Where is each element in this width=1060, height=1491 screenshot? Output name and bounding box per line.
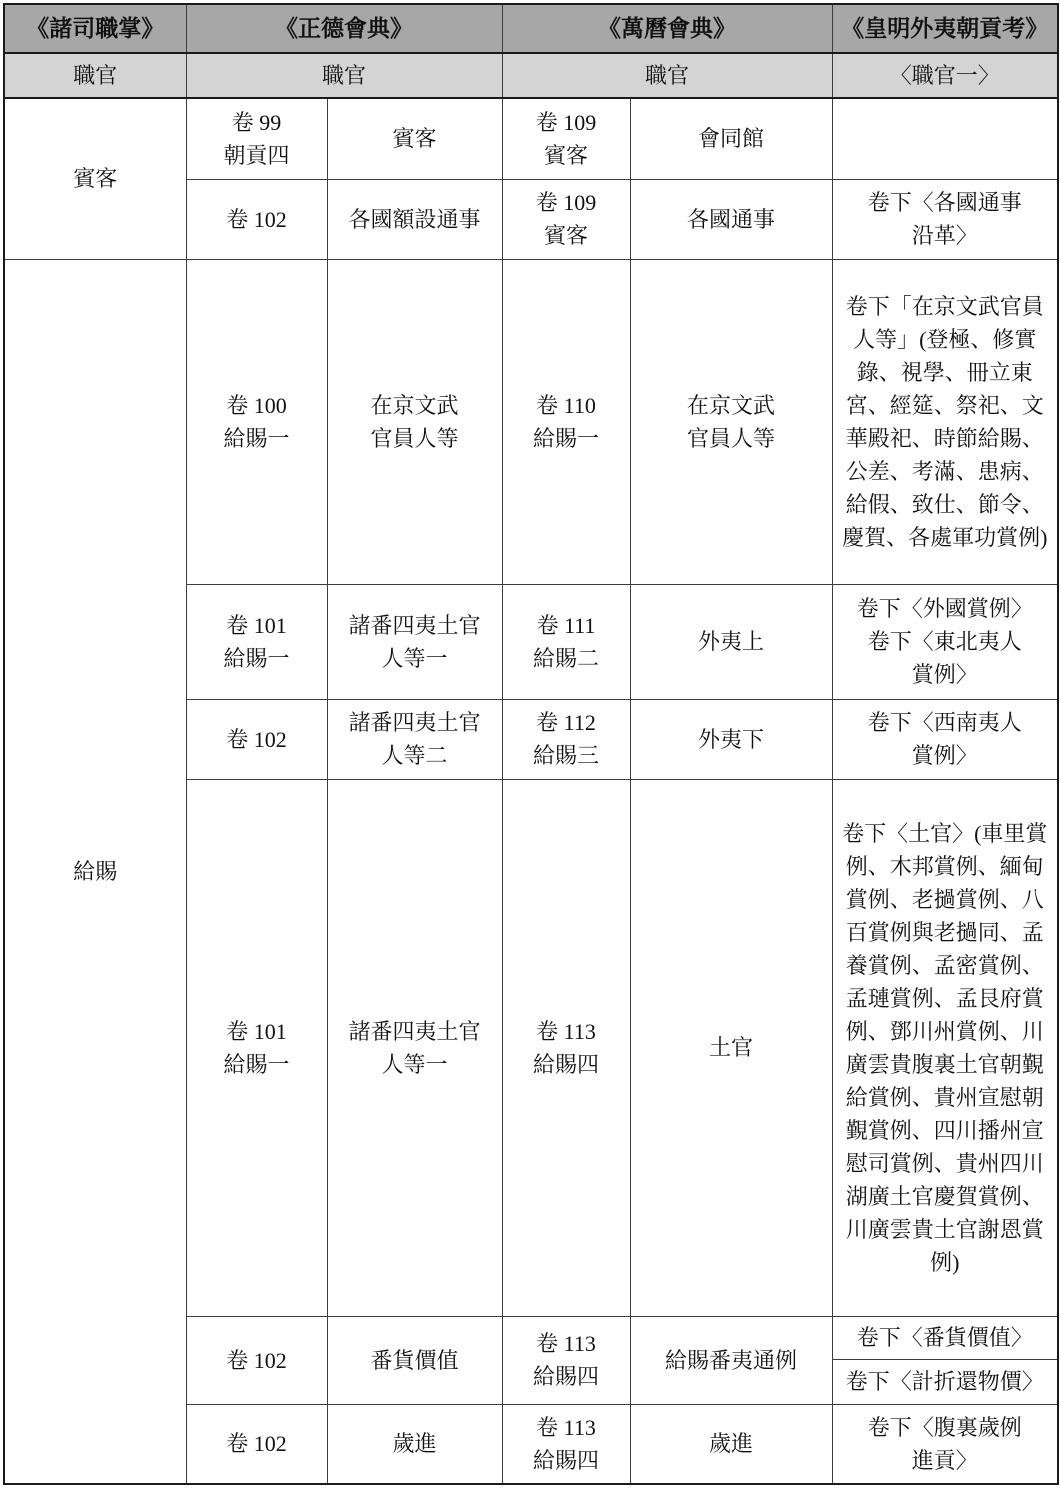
- subheader-zhusi: 職官: [4, 53, 186, 98]
- header-huangming-waiyi: 《皇明外夷朝貢考》: [832, 4, 1058, 53]
- cell-r2-zhengde-item: 各國額設通事: [327, 179, 502, 259]
- cell-r2-wanli-juan: 卷 109 賓客: [502, 179, 630, 259]
- row-jici-1: 給賜 卷 100 給賜一 在京文武 官員人等 卷 110 給賜一 在京文武 官員…: [4, 259, 1058, 584]
- cell-r5-huangming: 卷下〈西南夷人 賞例〉: [832, 699, 1058, 779]
- cell-r3-wanli-item: 在京文武 官員人等: [630, 259, 832, 584]
- cell-r6-zhengde-item: 諸番四夷土官 人等一: [327, 779, 502, 1316]
- source-comparison-table: 《諸司職掌》 《正德會典》 《萬曆會典》 《皇明外夷朝貢考》 職官 職官 職官 …: [3, 3, 1059, 1485]
- cell-r8-huangming: 卷下〈腹裏歲例 進貢〉: [832, 1404, 1058, 1484]
- cell-r8-wanli-juan: 卷 113 給賜四: [502, 1404, 630, 1484]
- cell-r5-zhengde-item: 諸番四夷土官 人等二: [327, 699, 502, 779]
- cell-r5-zhengde-juan: 卷 102: [186, 699, 327, 779]
- subheader-row: 職官 職官 職官 〈職官一〉: [4, 53, 1058, 98]
- section-label-jici: 給賜: [4, 259, 186, 1484]
- document-page: 《諸司職掌》 《正德會典》 《萬曆會典》 《皇明外夷朝貢考》 職官 職官 職官 …: [0, 0, 1060, 1491]
- row-binke-1: 賓客 卷 99 朝貢四 賓客 卷 109 賓客 會同館: [4, 98, 1058, 179]
- header-zhusi-zhizhang: 《諸司職掌》: [4, 4, 186, 53]
- cell-r5-wanli-juan: 卷 112 給賜三: [502, 699, 630, 779]
- cell-r1-zhengde-item: 賓客: [327, 98, 502, 179]
- cell-r7-wanli-juan: 卷 113 給賜四: [502, 1316, 630, 1404]
- cell-r2-huangming: 卷下〈各國通事 沿革〉: [832, 179, 1058, 259]
- cell-r1-zhengde-juan: 卷 99 朝貢四: [186, 98, 327, 179]
- cell-r6-huangming: 卷下〈土官〉(車里賞例、木邦賞例、緬甸賞例、老撾賞例、八百賞例與老撾同、孟養賞例…: [832, 779, 1058, 1316]
- cell-r5-wanli-item: 外夷下: [630, 699, 832, 779]
- cell-r4-huangming: 卷下〈外國賞例〉 卷下〈東北夷人 賞例〉: [832, 584, 1058, 699]
- header-zhengde-huidian: 《正德會典》: [186, 4, 502, 53]
- cell-r1-wanli-item: 會同館: [630, 98, 832, 179]
- cell-r7-huangming-bottom: 卷下〈計折還物價〉: [832, 1359, 1058, 1404]
- cell-r2-wanli-item: 各國通事: [630, 179, 832, 259]
- cell-r8-wanli-item: 歲進: [630, 1404, 832, 1484]
- cell-r4-wanli-juan: 卷 111 給賜二: [502, 584, 630, 699]
- cell-r7-zhengde-juan: 卷 102: [186, 1316, 327, 1404]
- cell-r6-wanli-item: 土官: [630, 779, 832, 1316]
- cell-r6-zhengde-juan: 卷 101 給賜一: [186, 779, 327, 1316]
- cell-r4-zhengde-item: 諸番四夷土官 人等一: [327, 584, 502, 699]
- cell-r8-zhengde-juan: 卷 102: [186, 1404, 327, 1484]
- cell-r3-zhengde-juan: 卷 100 給賜一: [186, 259, 327, 584]
- cell-r4-zhengde-juan: 卷 101 給賜一: [186, 584, 327, 699]
- cell-r1-huangming-empty: [832, 98, 1058, 179]
- subheader-wanli: 職官: [502, 53, 832, 98]
- cell-r1-wanli-juan: 卷 109 賓客: [502, 98, 630, 179]
- cell-r7-zhengde-item: 番貨價值: [327, 1316, 502, 1404]
- cell-r6-wanli-juan: 卷 113 給賜四: [502, 779, 630, 1316]
- cell-r7-huangming-top: 卷下〈番貨價值〉: [832, 1316, 1058, 1359]
- cell-r7-wanli-item: 給賜番夷通例: [630, 1316, 832, 1404]
- cell-r2-zhengde-juan: 卷 102: [186, 179, 327, 259]
- subheader-huangming: 〈職官一〉: [832, 53, 1058, 98]
- subheader-zhengde: 職官: [186, 53, 502, 98]
- cell-r3-wanli-juan: 卷 110 給賜一: [502, 259, 630, 584]
- cell-r3-huangming: 卷下「在京文武官員人等」(登極、修實錄、視學、冊立東宮、經筵、祭祀、文華殿祀、時…: [832, 259, 1058, 584]
- cell-r8-zhengde-item: 歲進: [327, 1404, 502, 1484]
- cell-r3-zhengde-item: 在京文武 官員人等: [327, 259, 502, 584]
- cell-r4-wanli-item: 外夷上: [630, 584, 832, 699]
- section-label-binke: 賓客: [4, 98, 186, 259]
- header-wanli-huidian: 《萬曆會典》: [502, 4, 832, 53]
- header-row: 《諸司職掌》 《正德會典》 《萬曆會典》 《皇明外夷朝貢考》: [4, 4, 1058, 53]
